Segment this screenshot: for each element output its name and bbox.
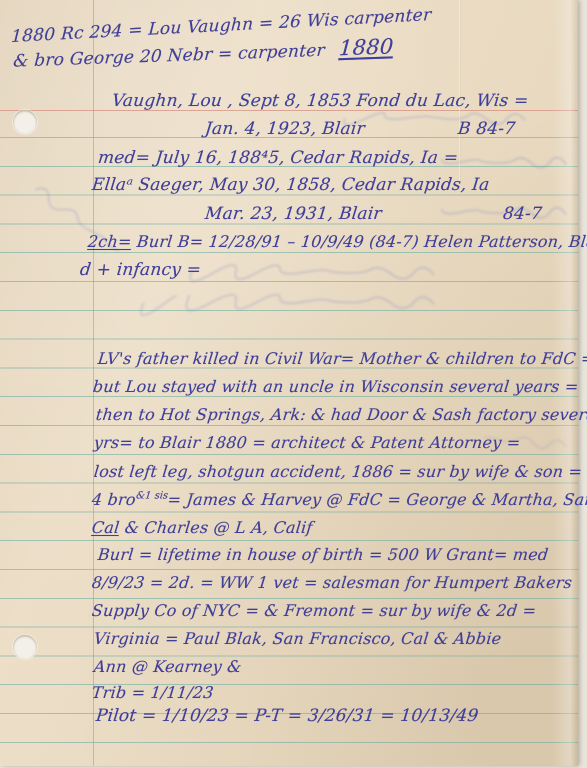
biography-line-2: but Lou stayed with an uncle in Wisconsi… xyxy=(92,377,580,396)
entry-children-detail: Burl B= 12/28/91 – 10/9/49 (84-7) Helen … xyxy=(131,232,587,251)
siblings-line2-state: Cal xyxy=(91,518,120,537)
entry-spouse-death-ref: 84-7 xyxy=(502,204,543,224)
entry-death-line: Jan. 4, 1923, Blair xyxy=(204,119,366,139)
burl-line-5: Ann @ Kearney & xyxy=(93,657,243,676)
bleedthrough-ghost xyxy=(430,198,571,229)
entry-children-line: 2ch= Burl B= 12/28/91 – 10/9/49 (84-7) H… xyxy=(87,232,587,251)
burl-line-4: Virginia = Paul Blak, San Francisco, Cal… xyxy=(93,629,502,648)
biography-line-1: LV's father killed in Civil War= Mother … xyxy=(97,349,587,368)
punch-hole-bottom xyxy=(13,635,37,659)
burl-line-2: 8/9/23 = 2d. = WW 1 vet = salesman for H… xyxy=(91,573,573,592)
siblings-count: 4 bro xyxy=(91,490,137,509)
siblings-names: = James & Harvey @ FdC = George & Martha… xyxy=(167,490,587,509)
entry-death-ref: B 84-7 xyxy=(457,119,516,139)
burl-line-3: Supply Co of NYC = & Fremont = sur by wi… xyxy=(91,601,537,620)
biography-line-3: then to Hot Springs, Ark: & had Door & S… xyxy=(95,405,587,424)
header-year: 1880 xyxy=(338,34,394,60)
entry-children-count: 2ch= xyxy=(87,232,133,251)
biography-line-5: lost left leg, shotgun accident, 1886 = … xyxy=(93,462,583,481)
siblings-line2-rest: & Charles @ L A, Calif xyxy=(119,518,314,537)
entry-spouse-line: Ellaᵃ Saeger, May 30, 1858, Cedar Rapids… xyxy=(91,175,491,195)
siblings-line-2: Cal & Charles @ L A, Calif xyxy=(91,518,314,537)
source-pilot-line: Pilot = 1/10/23 = P-T = 3/26/31 = 10/13/… xyxy=(95,706,480,726)
punch-hole-top xyxy=(13,110,37,134)
siblings-sister-note: &1 sis xyxy=(136,491,169,502)
source-trib-line: Trib = 1/11/23 xyxy=(91,683,215,702)
notebook-page: 1880 Rc 294 = Lou Vaughn = 26 Wis carpen… xyxy=(0,0,578,766)
entry-marriage-line: med= July 16, 188⁴5, Cedar Rapids, Ia = xyxy=(97,148,459,168)
header-brother-text: & bro George 20 Nebr = carpenter xyxy=(13,41,326,72)
entry-children-line2: d + infancy = xyxy=(79,260,202,280)
bleedthrough-ghost xyxy=(110,286,441,325)
entry-spouse-death-line: Mar. 23, 1931, Blair xyxy=(204,204,383,224)
siblings-line-1: 4 bro&1 sis= James & Harvey @ FdC = Geor… xyxy=(91,490,587,509)
biography-line-4: yrs= to Blair 1880 = architect & Patent … xyxy=(93,433,521,452)
burl-line-1: Burl = lifetime in house of birth = 500 … xyxy=(97,545,549,564)
entry-name-birth-line: Vaughn, Lou , Sept 8, 1853 Fond du Lac, … xyxy=(111,91,530,111)
